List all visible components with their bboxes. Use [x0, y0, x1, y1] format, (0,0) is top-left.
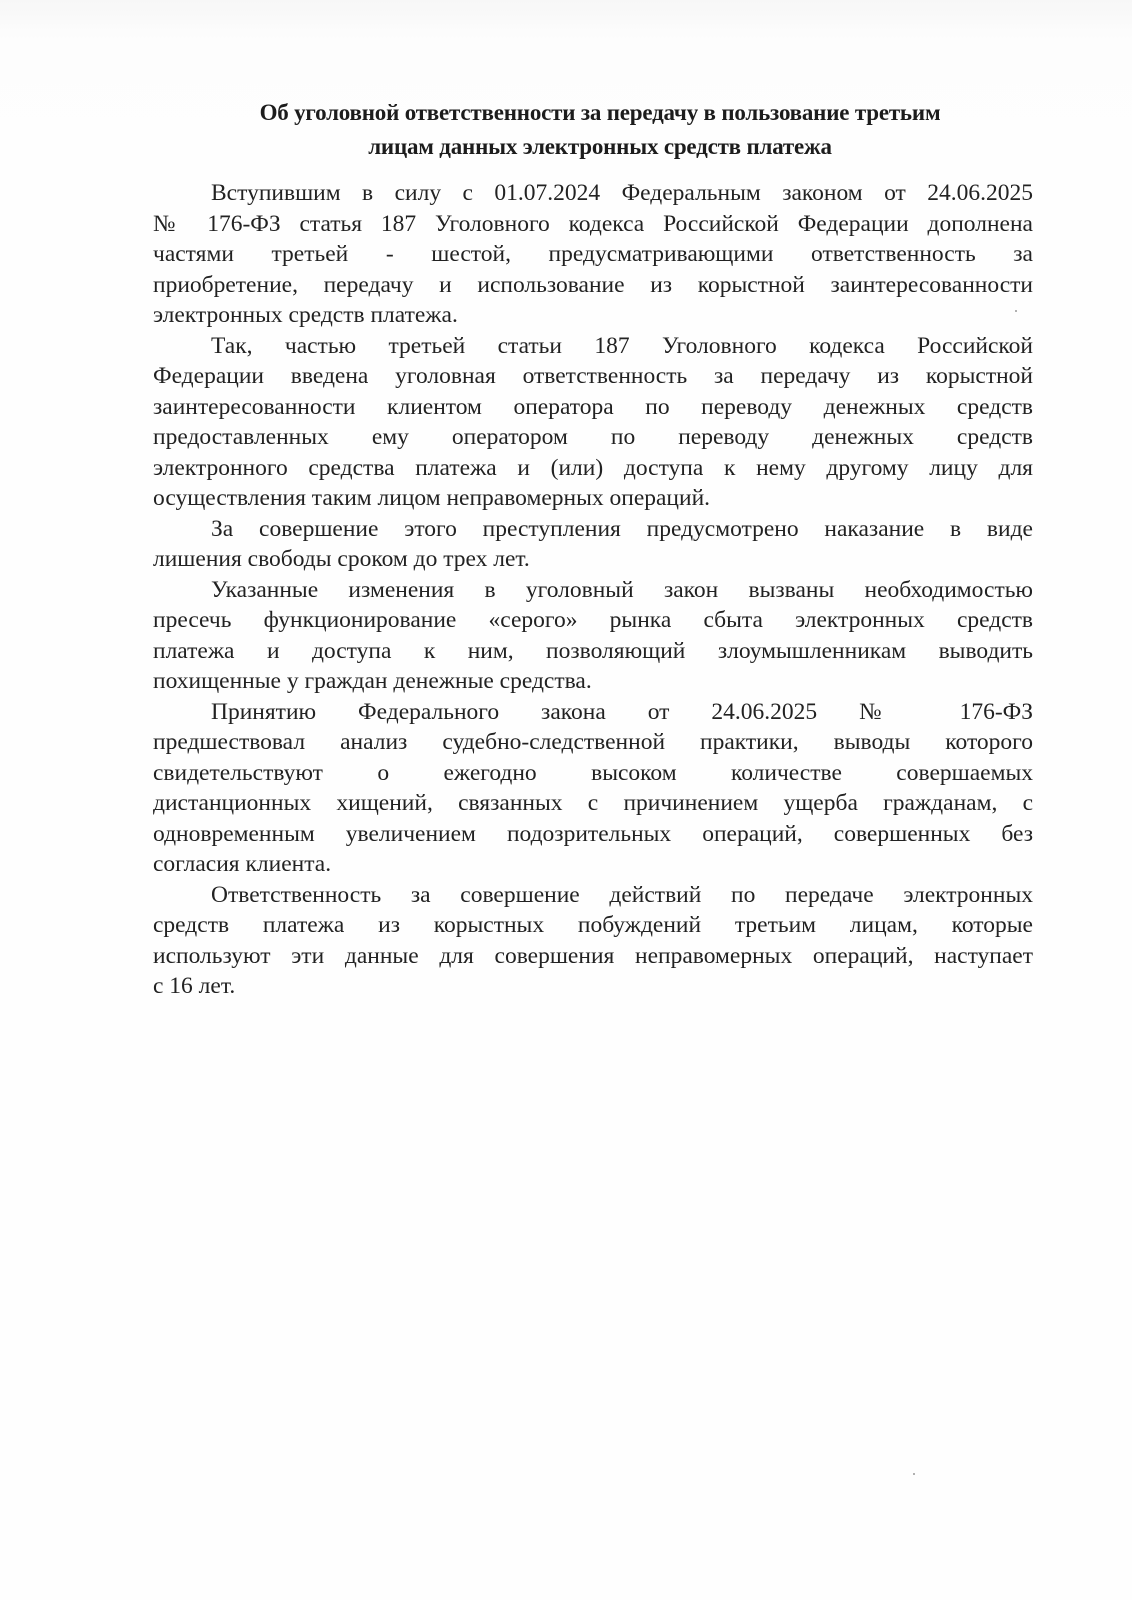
text-line: За совершение этого преступления предусм… [211, 514, 1033, 545]
text-line: Так, частью третьей статьи 187 Уголовног… [211, 331, 1033, 362]
scanned-page: Об уголовной ответственности за передачу… [0, 0, 1132, 1600]
text-line: осуществления таким лицом неправомерных … [153, 483, 1033, 514]
text-line: пресечь функционирование «серого» рынка … [153, 605, 1033, 636]
paragraph-3: За совершение этого преступления предусм… [153, 514, 1033, 575]
text-line: электронного средства платежа и (или) до… [153, 453, 1033, 484]
text-line: частями третьей - шестой, предусматриваю… [153, 239, 1033, 270]
text-line: № 176-ФЗ статья 187 Уголовного кодекса Р… [153, 209, 1033, 240]
text-line: похищенные у граждан денежные средства. [153, 666, 1033, 697]
document-title: Об уголовной ответственности за передачу… [150, 96, 1050, 164]
text-line: Принятию Федерального закона от 24.06.20… [211, 697, 1033, 728]
text-line: приобретение, передачу и использование и… [153, 270, 1033, 301]
title-line: лицам данных электронных средств платежа [150, 130, 1050, 164]
text-line: свидетельствуют о ежегодно высоком колич… [153, 758, 1033, 789]
text-line: предоставленных ему оператором по перево… [153, 422, 1033, 453]
paragraph-5: Принятию Федерального закона от 24.06.20… [153, 697, 1033, 880]
document-body: Вступившим в силу с 01.07.2024 Федеральн… [153, 178, 1033, 1002]
paragraph-1: Вступившим в силу с 01.07.2024 Федеральн… [153, 178, 1033, 331]
paragraph-6: Ответственность за совершение действий п… [153, 880, 1033, 1002]
text-line: электронных средств платежа. [153, 300, 1033, 331]
text-line: предшествовал анализ судебно-следственно… [153, 727, 1033, 758]
text-line: Федерации введена уголовная ответственно… [153, 361, 1033, 392]
text-line: Указанные изменения в уголовный закон вы… [211, 575, 1033, 606]
text-line: заинтересованности клиентом оператора по… [153, 392, 1033, 423]
text-line: Ответственность за совершение действий п… [211, 880, 1033, 911]
text-line: лишения свободы сроком до трех лет. [153, 544, 1033, 575]
text-line: средств платежа из корыстных побуждений … [153, 910, 1033, 941]
paragraph-4: Указанные изменения в уголовный закон вы… [153, 575, 1033, 697]
text-line: согласия клиента. [153, 849, 1033, 880]
text-line: с 16 лет. [153, 971, 1033, 1002]
text-line: платежа и доступа к ним, позволяющий зло… [153, 636, 1033, 667]
text-line: одновременным увеличением подозрительных… [153, 819, 1033, 850]
text-line: используют эти данные для совершения неп… [153, 941, 1033, 972]
text-line: Вступившим в силу с 01.07.2024 Федеральн… [211, 178, 1033, 209]
paragraph-2: Так, частью третьей статьи 187 Уголовног… [153, 331, 1033, 514]
text-line: дистанционных хищений, связанных с причи… [153, 788, 1033, 819]
scan-speck [1015, 310, 1017, 312]
title-line: Об уголовной ответственности за передачу… [150, 96, 1050, 130]
scan-speck [913, 1473, 915, 1475]
